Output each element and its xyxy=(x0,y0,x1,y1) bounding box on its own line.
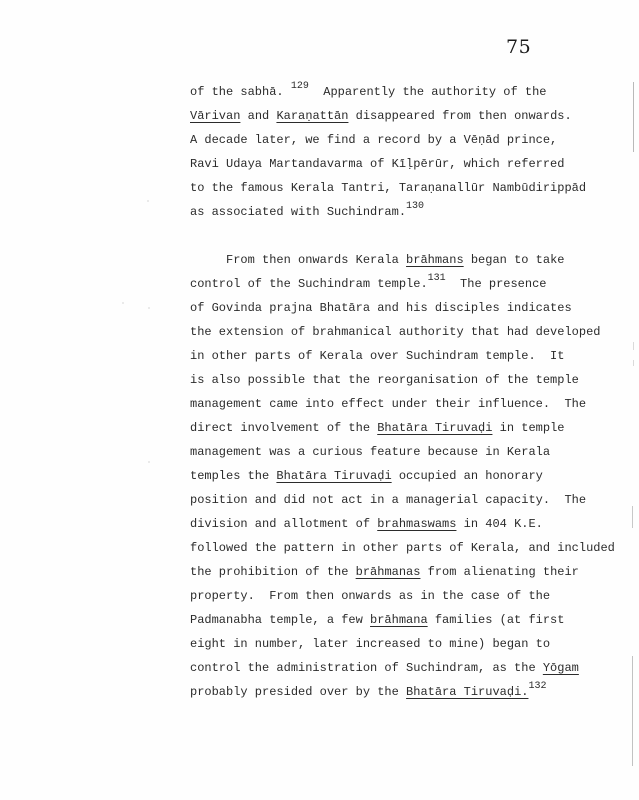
scan-artifact xyxy=(633,82,634,152)
text-line: management was a curious feature because… xyxy=(190,440,630,464)
scan-speck xyxy=(147,200,149,202)
scan-artifact xyxy=(633,342,634,350)
footnote-marker: 130 xyxy=(406,201,424,212)
text-run: position and did not act in a managerial… xyxy=(190,493,586,507)
text-run: is also possible that the reorganisation… xyxy=(190,373,579,387)
text-run: eight in number, later increased to mine… xyxy=(190,637,550,651)
underlined-term: Karaṇattān xyxy=(276,109,348,123)
text-line: as associated with Suchindram.130 xyxy=(190,200,630,224)
text-line: position and did not act in a managerial… xyxy=(190,488,630,512)
text-run: began to take xyxy=(464,253,565,267)
text-run: in temple xyxy=(492,421,564,435)
text-line: division and allotment of brahmaswams in… xyxy=(190,512,630,536)
text-line: Ravi Udaya Martandavarma of Kīḷpērūr, wh… xyxy=(190,152,630,176)
text-line: temples the Bhatāra Tiruvaḍi occupied an… xyxy=(190,464,630,488)
body-text: of the sabhā. 129 Apparently the authori… xyxy=(190,80,630,704)
text-run: families (at first xyxy=(428,613,565,627)
text-run: in other parts of Kerala over Suchindram… xyxy=(190,349,564,363)
text-run: control the administration of Suchindram… xyxy=(190,661,543,675)
underlined-term: Yōgam xyxy=(543,661,579,675)
scan-speck xyxy=(148,461,150,463)
text-line: From then onwards Kerala brāhmans began … xyxy=(190,248,630,272)
text-line: Padmanabha temple, a few brāhmana famili… xyxy=(190,608,630,632)
paragraph: From then onwards Kerala brāhmans began … xyxy=(190,248,630,704)
text-line: control of the Suchindram temple.131 The… xyxy=(190,272,630,296)
underlined-term: brāhmana xyxy=(370,613,428,627)
underlined-term: brāhmanas xyxy=(356,565,421,579)
footnote-marker: 132 xyxy=(528,681,546,692)
text-run: division and allotment of xyxy=(190,517,377,531)
text-run: probably presided over by the xyxy=(190,685,406,699)
text-line: followed the pattern in other parts of K… xyxy=(190,536,630,560)
text-line: is also possible that the reorganisation… xyxy=(190,368,630,392)
text-line: eight in number, later increased to mine… xyxy=(190,632,630,656)
text-run: in 404 K.E. xyxy=(456,517,542,531)
text-line: property. From then onwards as in the ca… xyxy=(190,584,630,608)
text-line: management came into effect under their … xyxy=(190,392,630,416)
text-line: the extension of brahmanical authority t… xyxy=(190,320,630,344)
underlined-term: Vārivan xyxy=(190,109,240,123)
text-line: direct involvement of the Bhatāra Tiruva… xyxy=(190,416,630,440)
text-run: of Govinda prajna Bhatāra and his discip… xyxy=(190,301,572,315)
text-run: From then onwards Kerala xyxy=(190,253,406,267)
text-run: to the famous Kerala Tantri, Taraṇanallū… xyxy=(190,181,586,195)
text-line: to the famous Kerala Tantri, Taraṇanallū… xyxy=(190,176,630,200)
text-run: temples the xyxy=(190,469,276,483)
underlined-term: Bhatāra Tiruvaḍi. xyxy=(406,685,528,699)
text-line: Vārivan and Karaṇattān disappeared from … xyxy=(190,104,630,128)
text-run: disappeared from then onwards. xyxy=(348,109,571,123)
footnote-marker: 131 xyxy=(428,273,446,284)
text-line: in other parts of Kerala over Suchindram… xyxy=(190,344,630,368)
text-run: property. From then onwards as in the ca… xyxy=(190,589,550,603)
underlined-term: brahmaswams xyxy=(377,517,456,531)
text-run: Apparently the authority of the xyxy=(309,85,547,99)
footnote-marker: 129 xyxy=(291,81,309,92)
page-number: 75 xyxy=(506,36,531,58)
scan-speck xyxy=(122,302,124,304)
text-run: from alienating their xyxy=(420,565,578,579)
text-line: the prohibition of the brāhmanas from al… xyxy=(190,560,630,584)
text-line: probably presided over by the Bhatāra Ti… xyxy=(190,680,630,704)
text-run: and xyxy=(240,109,276,123)
text-run: of the sabhā. xyxy=(190,85,291,99)
text-run: management was a curious feature because… xyxy=(190,445,550,459)
text-run: The presence xyxy=(446,277,547,291)
text-run: as associated with Suchindram. xyxy=(190,205,406,219)
text-run: the prohibition of the xyxy=(190,565,356,579)
text-run: Padmanabha temple, a few xyxy=(190,613,370,627)
text-run: control of the Suchindram temple. xyxy=(190,277,428,291)
text-line: of the sabhā. 129 Apparently the authori… xyxy=(190,80,630,104)
text-line: of Govinda prajna Bhatāra and his discip… xyxy=(190,296,630,320)
scan-artifact xyxy=(633,360,634,366)
paragraph: of the sabhā. 129 Apparently the authori… xyxy=(190,80,630,224)
underlined-term: Bhatāra Tiruvaḍi xyxy=(377,421,492,435)
text-run: A decade later, we find a record by a Vē… xyxy=(190,133,557,147)
text-line: A decade later, we find a record by a Vē… xyxy=(190,128,630,152)
underlined-term: Bhatāra Tiruvaḍi xyxy=(276,469,391,483)
text-run: the extension of brahmanical authority t… xyxy=(190,325,600,339)
text-run: Ravi Udaya Martandavarma of Kīḷpērūr, wh… xyxy=(190,157,564,171)
underlined-term: brāhmans xyxy=(406,253,464,267)
text-run: management came into effect under their … xyxy=(190,397,586,411)
text-run: occupied an honorary xyxy=(392,469,543,483)
text-run: followed the pattern in other parts of K… xyxy=(190,541,615,555)
scan-speck xyxy=(148,307,150,309)
text-run: direct involvement of the xyxy=(190,421,377,435)
text-line: control the administration of Suchindram… xyxy=(190,656,630,680)
scan-artifact xyxy=(632,506,633,528)
scan-artifact xyxy=(632,656,633,766)
